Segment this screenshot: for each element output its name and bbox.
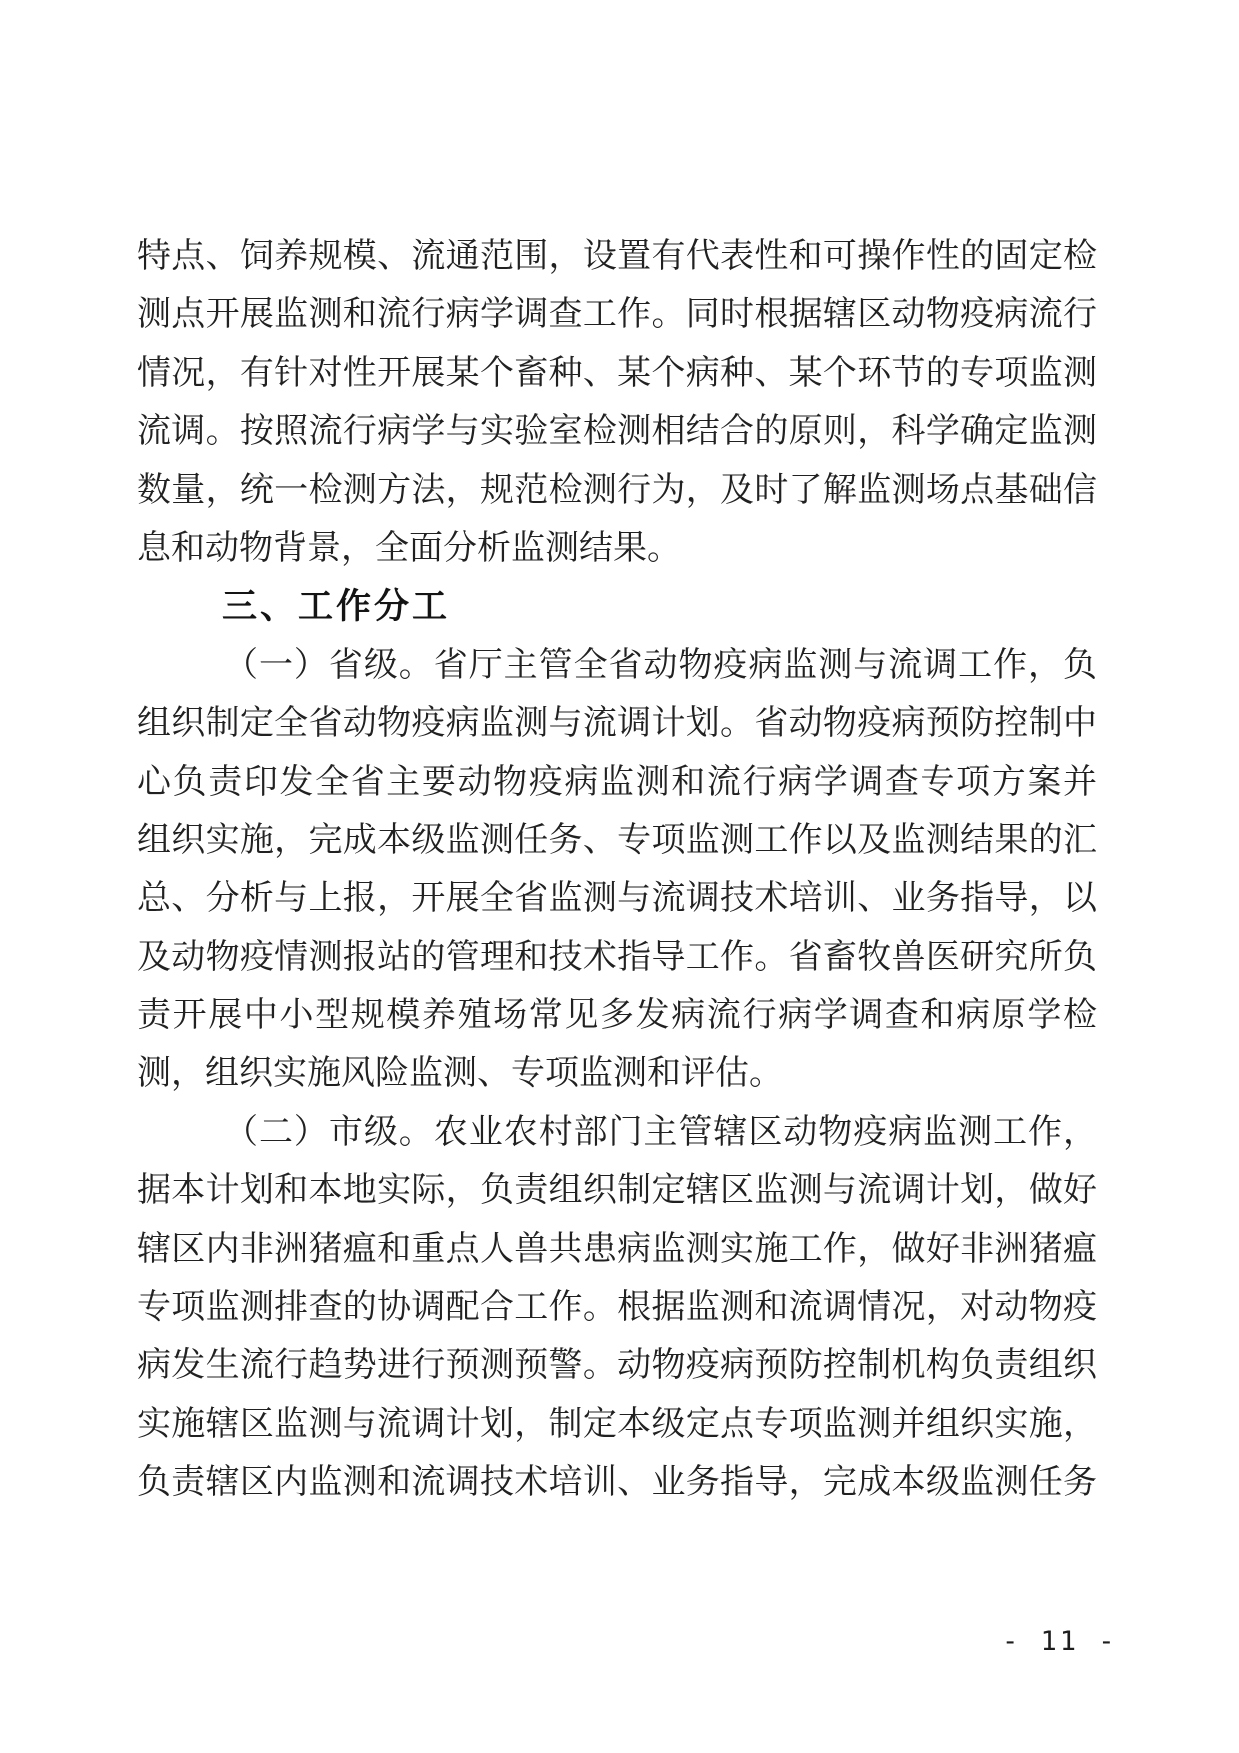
body-line: 测，组织实施风险监测、专项监测和评估。 [137,1045,1097,1103]
body-line: 责开展中小型规模养殖场常见多发病流行病学调查和病原学检 [137,987,1097,1045]
body-line: 负责辖区内监测和流调技术培训、业务指导，完成本级监测任务 [137,1454,1097,1512]
body-line: 流调。按照流行病学与实验室检测相结合的原则，科学确定监测 [137,403,1097,461]
body-line: 专项监测排查的协调配合工作。根据监测和流调情况，对动物疫 [137,1279,1097,1337]
document-body: 特点、饲养规模、流通范围，设置有代表性和可操作性的固定检 测点开展监测和流行病学… [137,228,1097,1513]
body-line: （二）市级。农业农村部门主管辖区动物疫病监测工作，根 [137,1104,1097,1162]
body-line: 及动物疫情测报站的管理和技术指导工作。省畜牧兽医研究所负 [137,929,1097,987]
body-line: 心负责印发全省主要动物疫病监测和流行病学调查专项方案并 [137,754,1097,812]
body-line: 特点、饲养规模、流通范围，设置有代表性和可操作性的固定检 [137,228,1097,286]
body-line: 辖区内非洲猪瘟和重点人兽共患病监测实施工作，做好非洲猪瘟 [137,1221,1097,1279]
page-number: - 11 - [1002,1628,1118,1655]
section-heading-work-division: 三、工作分工 [222,578,1097,636]
body-line: 总、分析与上报，开展全省监测与流调技术培训、业务指导，以 [137,870,1097,928]
body-line: 据本计划和本地实际，负责组织制定辖区监测与流调计划，做好 [137,1162,1097,1220]
body-line: 数量，统一检测方法，规范检测行为，及时了解监测场点基础信 [137,462,1097,520]
body-line: （一）省级。省厅主管全省动物疫病监测与流调工作，负责 [137,637,1097,695]
body-line: 息和动物背景，全面分析监测结果。 [137,520,1097,578]
document-page: 特点、饲养规模、流通范围，设置有代表性和可操作性的固定检 测点开展监测和流行病学… [0,0,1239,1753]
body-line: 组织实施，完成本级监测任务、专项监测工作以及监测结果的汇 [137,812,1097,870]
paragraph-municipal-level: （二）市级。农业农村部门主管辖区动物疫病监测工作，根 据本计划和本地实际，负责组… [137,1104,1097,1513]
body-line: 病发生流行趋势进行预测预警。动物疫病预防控制机构负责组织 [137,1337,1097,1395]
paragraph-continuation: 特点、饲养规模、流通范围，设置有代表性和可操作性的固定检 测点开展监测和流行病学… [137,228,1097,578]
body-line: 测点开展监测和流行病学调查工作。同时根据辖区动物疫病流行 [137,286,1097,344]
paragraph-provincial-level: （一）省级。省厅主管全省动物疫病监测与流调工作，负责 组织制定全省动物疫病监测与… [137,637,1097,1104]
body-line: 组织制定全省动物疫病监测与流调计划。省动物疫病预防控制中 [137,695,1097,753]
body-line: 情况，有针对性开展某个畜种、某个病种、某个环节的专项监测 [137,345,1097,403]
body-line: 实施辖区监测与流调计划，制定本级定点专项监测并组织实施， [137,1396,1097,1454]
